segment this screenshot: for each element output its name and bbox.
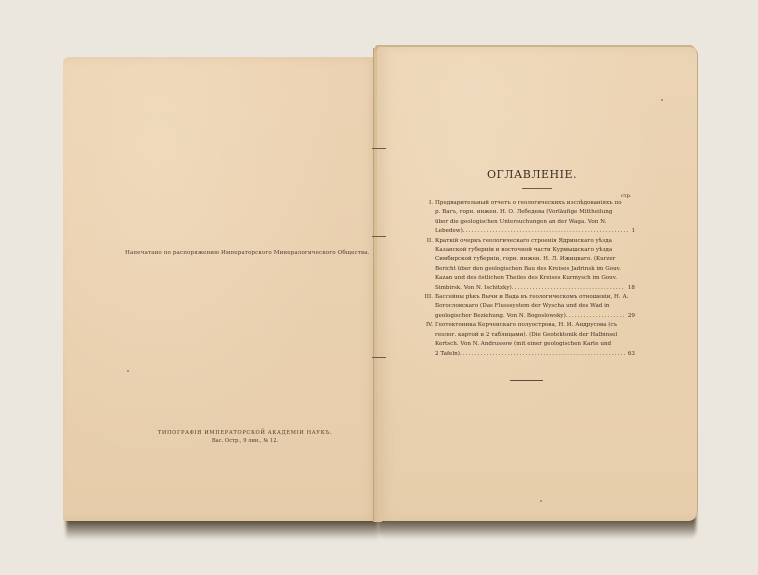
entry-text-line: Simbirsk. Von N. Ischitzky): [435, 284, 512, 293]
entry-text-line: Kertsch. Von N. Andrussow (mit einer geo…: [435, 340, 635, 349]
entry-last-line: 2 Tafeln) ..............................…: [435, 350, 635, 359]
entry-text-line: Bericht über den geologischen Bau des Kr…: [435, 265, 635, 274]
table-of-contents: I. Предварительный отчетъ о геологически…: [421, 199, 635, 359]
entry-text-line: Симбирской губерніи, горн. инжен. Н. Л. …: [435, 255, 635, 264]
entry-text-line: Геотектоника Керченскаго полуострова, Н.…: [435, 321, 635, 330]
entry-number: I.: [421, 199, 433, 208]
entry-last-line: geologischer Beziehung. Von N. Bogoslows…: [435, 312, 635, 321]
entry-text-line: Казанской губерніи и восточной части Кур…: [435, 246, 635, 255]
entry-text-line: Бассейны рѣкъ Вычи и Вада въ геологическ…: [435, 293, 635, 302]
entry-text-line: Краткій очеркъ геологическаго строенія Я…: [435, 237, 635, 246]
entry-text-line: р. Вагъ, горн. инжен. Н. О. Лебедева (Vo…: [435, 208, 635, 217]
printer-address: Вас. Остр., 9 лин., № 12.: [150, 437, 340, 445]
dot-leader: ........................................…: [460, 350, 625, 359]
paper-speck: [540, 500, 542, 502]
entry-text-line: 2 Tafeln): [435, 350, 460, 359]
entry-text-line: Предварительный отчетъ о геологическихъ …: [435, 199, 635, 208]
left-page: [63, 57, 377, 521]
entry-page-number: 63: [625, 350, 635, 359]
entry-number: IV.: [421, 321, 433, 330]
entry-text-line: über die geologischen Untersuchungen an …: [435, 218, 635, 227]
toc-entry: I. Предварительный отчетъ о геологически…: [421, 199, 635, 237]
entry-page-number: 29: [625, 312, 635, 321]
entry-page-number: 18: [625, 284, 635, 293]
toc-entry: II. Краткій очеркъ геологическаго строен…: [421, 237, 635, 293]
end-rule: [510, 380, 543, 381]
printer-colophon: ТИПОГРАФІЯ ИМПЕРАТОРСКОЙ АКАДЕМІИ НАУКЪ.…: [150, 429, 340, 445]
printer-name: ТИПОГРАФІЯ ИМПЕРАТОРСКОЙ АКАДЕМІИ НАУКЪ.: [150, 429, 340, 437]
binding-stitch: [372, 236, 386, 237]
entry-last-line: Simbirsk. Von N. Ischitzky) ............…: [435, 284, 635, 293]
book-spread: Напечатано по распоряжению Императорског…: [0, 0, 758, 575]
entry-text-line: Kazan und des östlichen Theiles des Krei…: [435, 274, 635, 283]
entry-number: II.: [421, 237, 433, 246]
left-page-shadow: [66, 518, 378, 540]
entry-text-line: Богословскаго (Das Flusssystem der Wysch…: [435, 302, 635, 311]
paper-speck: [127, 370, 129, 372]
toc-entry: IV. Геотектоника Керченскаго полуострова…: [421, 321, 635, 359]
dot-leader: ........................................…: [566, 312, 625, 321]
toc-title: ОГЛАВЛЕНІЕ.: [482, 168, 582, 181]
entry-text-line: geologischer Beziehung. Von N. Bogoslows…: [435, 312, 566, 321]
binding-stitch: [372, 148, 386, 149]
title-rule: [522, 188, 552, 189]
toc-entry: III. Бассейны рѣкъ Вычи и Вада въ геолог…: [421, 293, 635, 321]
entry-text-line: геолог. картой и 2 таблицами). (Die Geot…: [435, 331, 635, 340]
dot-leader: ........................................…: [512, 284, 625, 293]
dot-leader: ........................................…: [463, 227, 629, 236]
entry-text-line: Lebedew): [435, 227, 463, 236]
entry-last-line: Lebedew) ...............................…: [435, 227, 635, 236]
entry-number: III.: [421, 293, 433, 302]
entry-page-number: 1: [628, 227, 635, 236]
paper-speck: [661, 99, 663, 101]
binding-stitch: [372, 357, 386, 358]
imprint-notice: Напечатано по распоряжению Императорског…: [125, 250, 335, 256]
